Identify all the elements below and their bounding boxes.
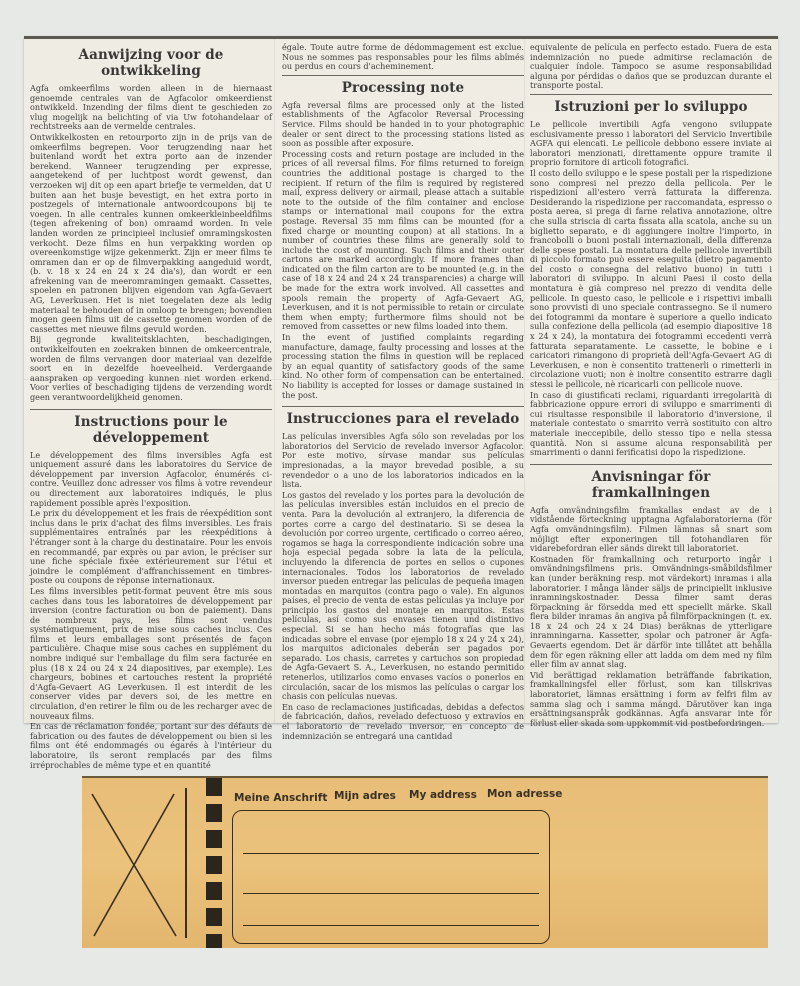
address-label: Meine Anschrift Mijn adres My address Mo…	[82, 776, 768, 948]
section-title: Istruzioni per lo sviluppo	[530, 99, 772, 115]
paragraph: In caso di giustificati reclami, riguard…	[530, 391, 772, 458]
paragraph: Vid berättigad reklamation beträffande f…	[530, 671, 772, 729]
section-italian: Istruzioni per lo sviluppo Le pellicole …	[530, 99, 772, 458]
paragraph: En caso de reclamaciones justificadas, d…	[282, 703, 524, 741]
column-3: equivalente de película en perfecto esta…	[530, 43, 772, 734]
section-dutch: Aanwijzing voor de ontwikkeling Agfa omk…	[30, 47, 272, 403]
section-title: Anvisningar för framkallningen	[530, 469, 772, 501]
address-box[interactable]	[232, 810, 550, 944]
address-headings: Meine Anschrift Mijn adres My address Mo…	[234, 790, 754, 806]
paragraph: Agfa reversal films are processed only a…	[282, 101, 524, 149]
paragraph: Ontwikkelkosten en retourporto zijn in d…	[30, 133, 272, 334]
paragraph: In the event of justified complaints reg…	[282, 333, 524, 400]
section-spanish: Instrucciones para el revelado Las pelíc…	[282, 411, 524, 741]
paragraph: Les films inversibles petit-format peuve…	[30, 587, 272, 721]
paragraph: Le pellicole invertibili Agfa vengono sv…	[530, 120, 772, 168]
continuation-text: equivalente de película en perfecto esta…	[530, 43, 772, 91]
divider	[282, 406, 524, 407]
section-title: Instructions pour le développement	[30, 414, 272, 446]
section-swedish: Anvisningar för framkallningen Agfa omvä…	[530, 469, 772, 729]
paragraph: Las películas inversibles Agfa sólo son …	[282, 432, 524, 490]
fold-line	[524, 39, 525, 723]
instruction-leaflet: Aanwijzing voor de ontwikkeling Agfa omk…	[24, 36, 778, 723]
section-english: Processing note Agfa reversal films are …	[282, 80, 524, 400]
divider	[30, 409, 272, 410]
address-line-2[interactable]	[243, 893, 539, 894]
paragraph: Los gastos del revelado y los portes par…	[282, 491, 524, 702]
paragraph: égale. Toute autre forme de dédommagemen…	[282, 43, 524, 72]
section-title: Instrucciones para el revelado	[282, 411, 524, 427]
section-french: Instructions pour le développement Le dé…	[30, 414, 272, 771]
paragraph: Agfa omvändningsfilm framkallas endast a…	[530, 506, 772, 554]
address-line-3[interactable]	[243, 925, 539, 926]
paragraph: En cas de réclamation fondée, portant su…	[30, 722, 272, 770]
paragraph: Processing costs and return postage are …	[282, 150, 524, 332]
paragraph: Le prix du développement et les frais de…	[30, 509, 272, 586]
heading-french: Mon adresse	[487, 788, 562, 800]
film-sprocket-strip	[206, 778, 222, 948]
divider	[530, 464, 772, 465]
paragraph: Kostnaden för framkallning och returport…	[530, 555, 772, 670]
heading-english: My address	[409, 789, 477, 801]
paragraph: Le développement des films inversibles A…	[30, 451, 272, 509]
address-line-1[interactable]	[243, 853, 539, 854]
heading-dutch: Mijn adres	[334, 790, 396, 802]
divider	[530, 94, 772, 95]
column-1: Aanwijzing voor de ontwikkeling Agfa omk…	[30, 43, 272, 776]
paragraph: equivalente de película en perfecto esta…	[530, 43, 772, 91]
continuation-text: égale. Toute autre forme de dédommagemen…	[282, 43, 524, 72]
section-title: Processing note	[282, 80, 524, 96]
paragraph: Il costo dello sviluppo e le spese posta…	[530, 169, 772, 390]
section-title: Aanwijzing voor de ontwikkeling	[30, 47, 272, 79]
divider-line	[185, 788, 187, 938]
fold-line	[274, 39, 275, 723]
divider	[282, 75, 524, 76]
heading-german: Meine Anschrift	[234, 792, 327, 804]
column-2: égale. Toute autre forme de dédommagemen…	[282, 43, 524, 747]
paragraph: Bij gegronde kwaliteitsklachten, beschad…	[30, 335, 272, 402]
paragraph: Agfa omkeerfilms worden alleen in de hie…	[30, 84, 272, 132]
cross-mark-icon	[82, 778, 222, 948]
